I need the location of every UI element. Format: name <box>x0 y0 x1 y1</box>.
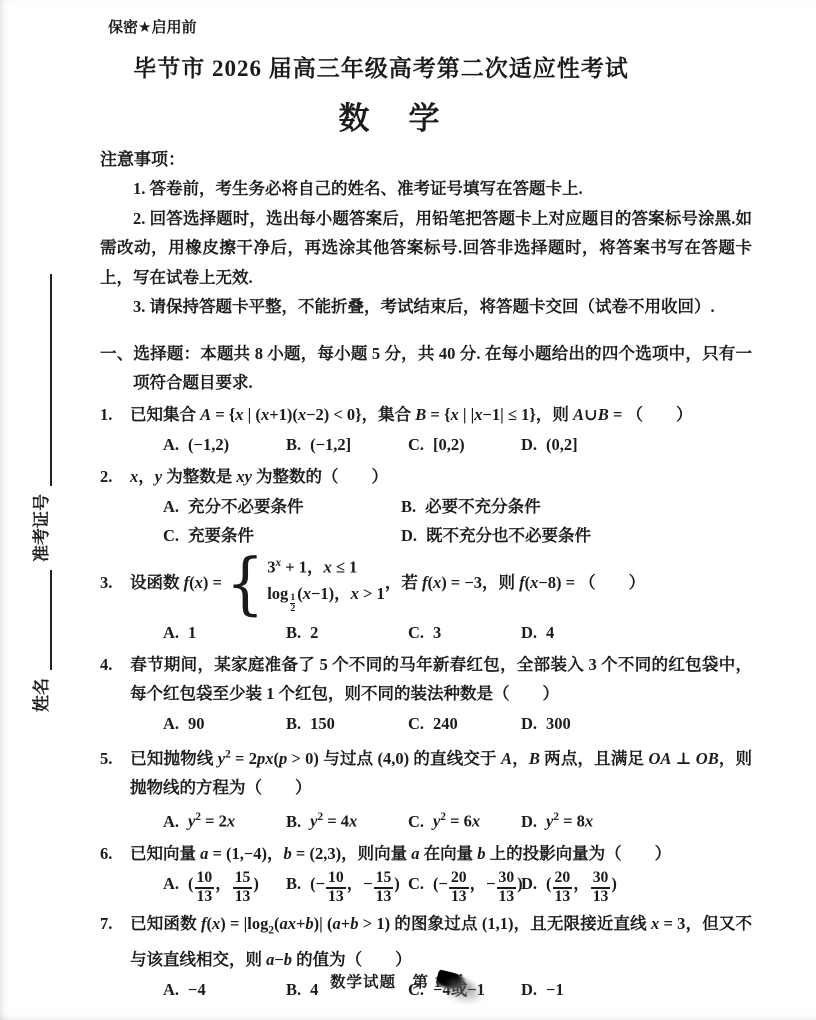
notice-heading: 注意事项： <box>100 146 752 174</box>
option-D: D.−1 <box>521 975 752 1004</box>
questions-list: 1.已知集合 A = {x | (x+1)(x−2) < 0}，集合 B = {… <box>100 400 752 1005</box>
option-D: D.(2013，3013) <box>521 869 752 906</box>
option-A: A.−4 <box>163 975 286 1004</box>
option-C: C.充要条件 <box>163 521 401 550</box>
option-C: C.3 <box>408 618 521 647</box>
option-label: C. <box>408 435 424 454</box>
option-D: D.4 <box>521 618 752 647</box>
option-label: A. <box>163 812 179 831</box>
question-6: 6.已知向量 a = (1,−4)，b = (2,3)，则向量 a 在向量 b … <box>100 839 752 906</box>
option-C: C.y2 = 6x <box>408 803 521 836</box>
option-A: A.(−1,2) <box>163 430 286 459</box>
option-label: C. <box>163 526 179 545</box>
notice-item-1: 1. 答卷前，考生务必将自己的姓名、准考证号填写在答题卡上. <box>100 174 752 204</box>
page-curl-shadow <box>436 973 486 1005</box>
option-B: B.y2 = 4x <box>286 803 408 836</box>
option-label: B. <box>286 435 301 454</box>
option-label: A. <box>163 623 179 642</box>
option-A: A.充分不必要条件 <box>163 492 401 521</box>
question-options: A.充分不必要条件B.必要不充分条件C.充要条件D.既不充分也不必要条件 <box>163 492 752 550</box>
option-B: B.150 <box>286 709 408 738</box>
option-A: A.(1013，1513) <box>163 869 286 906</box>
question-stem: 已知向量 a = (1,−4)，b = (2,3)，则向量 a 在向量 b 上的… <box>130 844 671 863</box>
option-label: A. <box>163 714 179 733</box>
question-number: 3. <box>100 568 130 597</box>
option-B: B.2 <box>286 618 408 647</box>
notice-item-3: 3. 请保持答题卡平整，不能折叠，考试结束后，将答题卡交回（试卷不用收回）. <box>100 292 752 322</box>
option-B: B.(−1,2] <box>286 430 408 459</box>
option-label: A. <box>163 980 179 999</box>
question-2: 2.x，y 为整数是 xy 为整数的（ ）A.充分不必要条件B.必要不充分条件C… <box>100 462 752 550</box>
option-C: C.[0,2) <box>408 430 521 459</box>
option-C: C.240 <box>408 709 521 738</box>
option-label: D. <box>521 623 537 642</box>
option-label: C. <box>408 714 424 733</box>
section-1-heading: 一、选择题：本题共 8 小题，每小题 5 分，共 40 分. 在每小题给出的四个… <box>100 339 752 397</box>
option-label: B. <box>286 623 301 642</box>
option-label: D. <box>521 435 537 454</box>
question-4: 4.春节期间，某家庭准备了 5 个不同的马年新春红包，全部装入 3 个不同的红包… <box>100 650 752 738</box>
option-D: D.(0,2] <box>521 430 752 459</box>
question-stem: 已知集合 A = {x | (x+1)(x−2) < 0}，集合 B = {x … <box>130 405 692 424</box>
question-number: 6. <box>100 839 130 868</box>
option-D: D.y2 = 8x <box>521 803 752 836</box>
question-stem: x，y 为整数是 xy 为整数的（ ） <box>130 467 388 486</box>
option-label: A. <box>163 497 179 516</box>
question-5: 5.已知抛物线 y2 = 2px(p > 0) 与过点 (4,0) 的直线交于 … <box>100 741 752 836</box>
subject-title: 数 学 <box>100 93 682 138</box>
question-stem: 已知函数 f(x) = |log2(ax+b)| (a+b > 1) 的图象过点… <box>130 914 752 969</box>
classification-label: 保密★启用前 <box>108 0 752 37</box>
option-label: A. <box>163 874 179 893</box>
option-A: A.1 <box>163 618 286 647</box>
question-stem: 春节期间，某家庭准备了 5 个不同的马年新春红包，全部装入 3 个不同的红包袋中… <box>130 655 752 703</box>
question-options: A.(−1,2)B.(−1,2]C.[0,2)D.(0,2] <box>163 430 752 459</box>
option-label: D. <box>521 874 537 893</box>
notice-item-2: 2. 回答选择题时，选出每小题答案后，用铅笔把答题卡上对应题目的答案标号涂黑.如… <box>100 204 752 293</box>
question-stem: 设函数 f(x) = {3x + 1，x ≤ 1log12(x−1)，x > 1… <box>130 573 645 592</box>
option-label: B. <box>401 497 416 516</box>
option-label: B. <box>286 980 301 999</box>
question-options: A.y2 = 2xB.y2 = 4xC.y2 = 6xD.y2 = 8x <box>163 803 752 836</box>
exam-page: 姓名 准考证号 保密★启用前 毕节市 2026 届高三年级高考第二次适应性考试 … <box>0 0 816 1020</box>
question-stem: 已知抛物线 y2 = 2px(p > 0) 与过点 (4,0) 的直线交于 A，… <box>130 749 752 797</box>
question-number: 1. <box>100 400 130 429</box>
option-C: C.(−2013，−3013) <box>408 869 521 906</box>
paper-content: 保密★启用前 毕节市 2026 届高三年级高考第二次适应性考试 数 学 注意事项… <box>0 0 816 1004</box>
option-label: B. <box>286 714 301 733</box>
question-number: 7. <box>100 909 130 938</box>
option-A: A.90 <box>163 709 286 738</box>
question-options: A.90B.150C.240D.300 <box>163 709 752 738</box>
option-A: A.y2 = 2x <box>163 803 286 836</box>
option-label: D. <box>521 812 537 831</box>
option-label: C. <box>408 812 424 831</box>
question-number: 2. <box>100 462 130 491</box>
option-label: C. <box>408 623 424 642</box>
option-label: D. <box>521 980 537 999</box>
question-3: 3.设函数 f(x) = {3x + 1，x ≤ 1log12(x−1)，x >… <box>100 553 752 647</box>
question-options: A.(1013，1513)B.(−1013，−1513)C.(−2013，−30… <box>163 869 752 906</box>
option-B: B.必要不充分条件 <box>401 492 752 521</box>
question-number: 5. <box>100 744 130 773</box>
option-label: A. <box>163 435 179 454</box>
option-D: D.既不充分也不必要条件 <box>401 521 752 550</box>
option-label: C. <box>408 874 424 893</box>
option-label: D. <box>401 526 417 545</box>
exam-title: 毕节市 2026 届高三年级高考第二次适应性考试 <box>100 50 662 83</box>
option-label: B. <box>286 874 301 893</box>
option-B: B.(−1013，−1513) <box>286 869 408 906</box>
question-number: 4. <box>100 650 130 679</box>
option-label: D. <box>521 714 537 733</box>
question-1: 1.已知集合 A = {x | (x+1)(x−2) < 0}，集合 B = {… <box>100 400 752 459</box>
option-label: B. <box>286 812 301 831</box>
option-D: D.300 <box>521 709 752 738</box>
